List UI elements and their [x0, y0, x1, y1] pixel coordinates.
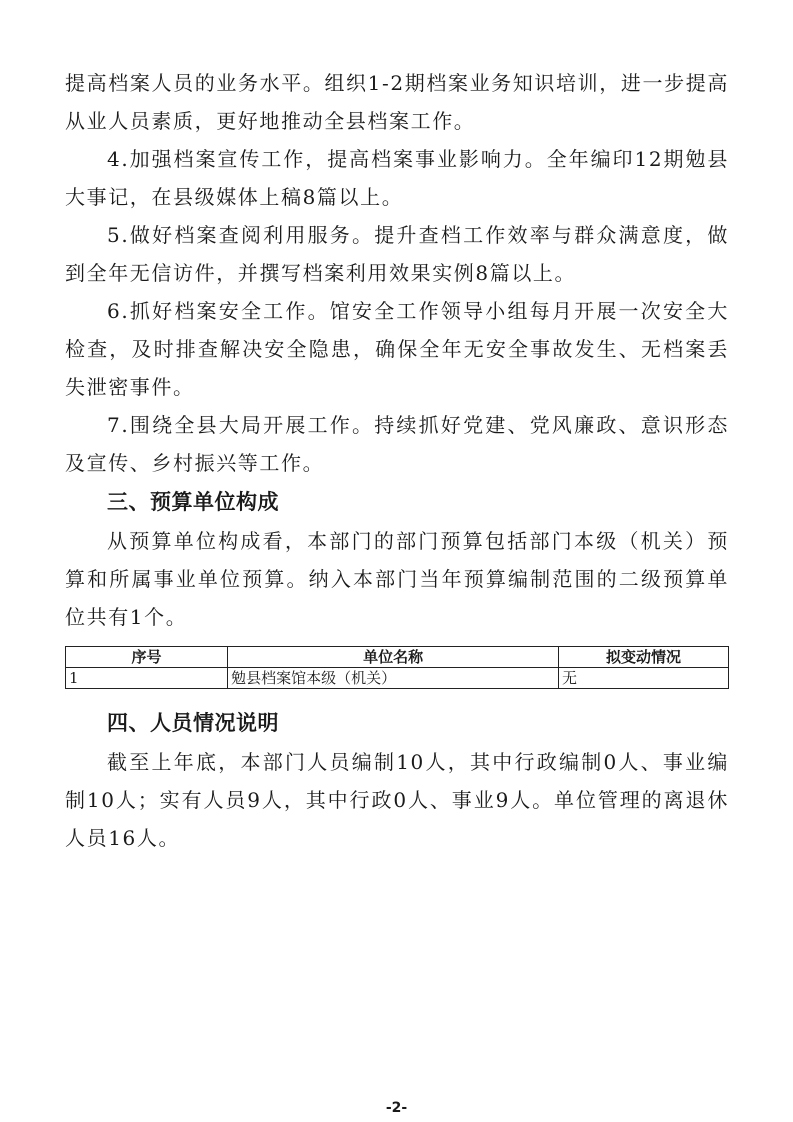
column-header-planned-change: 拟变动情况 [559, 647, 729, 668]
page-number: -2- [0, 1100, 793, 1116]
paragraph-item-4-publicity: 4.加强档案宣传工作，提高档案事业影响力。全年编印12期勉县大事记，在县级媒体上… [65, 140, 729, 216]
cell-index: 1 [66, 668, 228, 689]
column-header-index: 序号 [66, 647, 228, 668]
paragraph-staffing: 截至上年底，本部门人员编制10人，其中行政编制0人、事业编制10人；实有人员9人… [65, 743, 729, 857]
section-heading-staffing: 四、人员情况说明 [65, 703, 729, 743]
document-page: 提高档案人员的业务水平。组织1-2期档案业务知识培训，进一步提高从业人员素质，更… [65, 64, 729, 857]
table-row: 1 勉县档案馆本级（机关） 无 [66, 668, 729, 689]
cell-unit-name: 勉县档案馆本级（机关） [228, 668, 559, 689]
paragraph-item-6-safety: 6.抓好档案安全工作。馆安全工作领导小组每月开展一次安全大检查，及时排查解决安全… [65, 292, 729, 406]
paragraph-item-5-access-service: 5.做好档案查阅利用服务。提升查档工作效率与群众满意度，做到全年无信访件，并撰写… [65, 216, 729, 292]
table-header-row: 序号 单位名称 拟变动情况 [66, 647, 729, 668]
budget-units-table: 序号 单位名称 拟变动情况 1 勉县档案馆本级（机关） 无 [65, 646, 729, 689]
paragraph-budget-units: 从预算单位构成看，本部门的部门预算包括部门本级（机关）预算和所属事业单位预算。纳… [65, 522, 729, 636]
paragraph-continued-training: 提高档案人员的业务水平。组织1-2期档案业务知识培训，进一步提高从业人员素质，更… [65, 64, 729, 140]
cell-planned-change: 无 [559, 668, 729, 689]
section-heading-budget-units: 三、预算单位构成 [65, 482, 729, 522]
column-header-unit-name: 单位名称 [228, 647, 559, 668]
paragraph-item-7-county-work: 7.围绕全县大局开展工作。持续抓好党建、党风廉政、意识形态及宣传、乡村振兴等工作… [65, 406, 729, 482]
